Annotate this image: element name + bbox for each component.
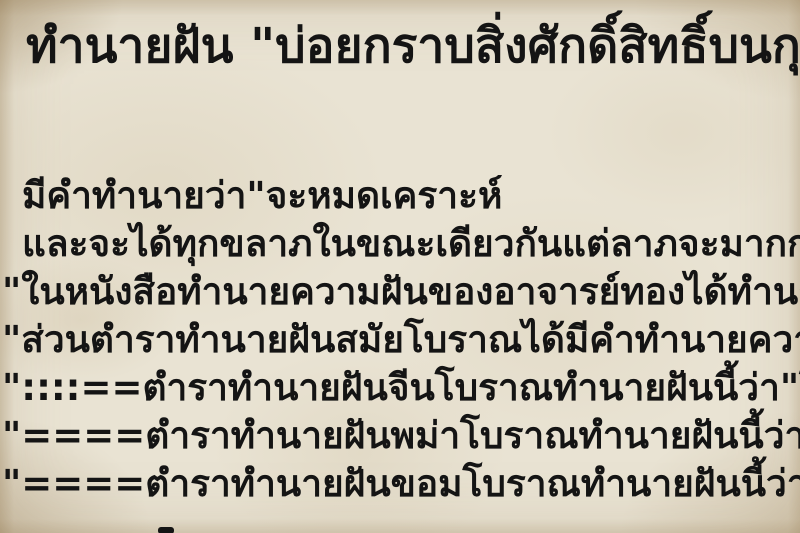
page-title: ทำนายฝัน "บ่อยกราบสิ่งศักดิ์สิทธิ์บนกุ|" xyxy=(26,4,800,88)
body-line-5: "::::==ตำราทำนายฝันจีนโบราณทำนายฝันนี้ว่… xyxy=(0,364,800,412)
clipped-next-line-fragment xyxy=(158,527,174,533)
body-line-7: "====ตำราทำนายฝันขอมโบราณทำนายฝันนี้ว่า"… xyxy=(0,460,800,508)
body-line-3: "ในหนังสือทำนายความฝันของอาจารย์ทองได้ทำ… xyxy=(0,268,800,316)
body-line-4: "ส่วนตำราทำนายฝันสมัยโบราณได้มีคำทำนายคว… xyxy=(0,316,800,364)
body-text: มีคำทำนายว่า"จะหมดเคราะห์ และจะได้ทุกขลา… xyxy=(0,172,800,508)
body-line-2: และจะได้ทุกขลาภในขณะเดียวกันแต่ลาภจะมากก… xyxy=(0,220,800,268)
dream-interpretation-page: ทำนายฝัน "บ่อยกราบสิ่งศักดิ์สิทธิ์บนกุ|"… xyxy=(0,0,800,533)
body-line-6: "====ตำราทำนายฝันพม่าโบราณทำนายฝันนี้ว่า… xyxy=(0,412,800,460)
body-line-1: มีคำทำนายว่า"จะหมดเคราะห์ xyxy=(0,172,800,220)
